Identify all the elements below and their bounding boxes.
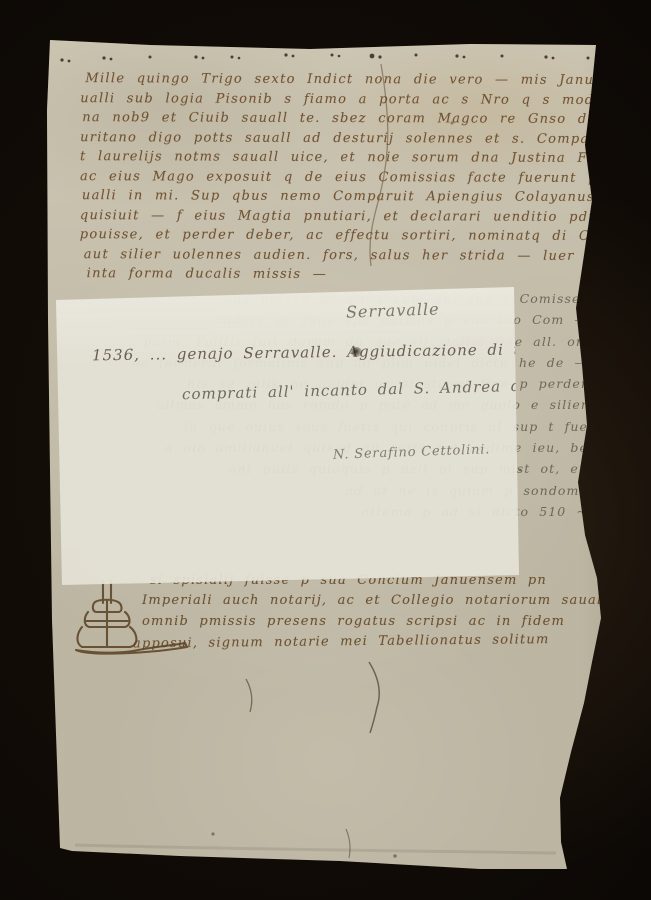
manuscript-line: omnib pmissis presens rogatus scripsi ac… (142, 612, 600, 632)
manuscript-line: ualli in mi. Sup qbus nemo Comparuit Api… (80, 186, 598, 207)
parchment-slit-center (369, 662, 379, 733)
manuscript-line: aut silier uolennes audien. fors, salus … (80, 245, 598, 266)
manuscript-line: ualli sub logia Pisonib s fiamo a porta … (80, 89, 598, 110)
manuscript-line: t laurelijs notms sauall uice, et noie s… (80, 147, 598, 168)
manuscript-closing-block: si spisialij fuisse p sua Concium Januen… (130, 571, 600, 652)
parchment-sheet: Mille quingo Trigo sexto Indict nona die… (0, 0, 651, 900)
manuscript-line: Imperiali auch notarij, ac et Collegio n… (142, 591, 600, 611)
parchment-slit-left (246, 679, 252, 712)
manuscript-line: na nob9 et Ciuib sauall te. sbez coram M… (80, 108, 598, 129)
ink-blot (351, 347, 362, 357)
manuscript-line: pouisse, et perder deber, ac effectu sor… (80, 225, 598, 246)
manuscript-line: inta forma ducalis missis — (80, 264, 598, 285)
slip-date-line: 1536, ... genajo Serravalle. Aggiudicazi… (92, 340, 573, 365)
manuscript-line: apposui, signum notarie mei Tabellionatu… (133, 629, 600, 654)
manuscript-line: uritano digo potts sauall ad desturij so… (80, 128, 598, 149)
slip-place-label: Serravalle (346, 299, 440, 321)
manuscript-line: ac eius Mago exposuit q de eius Comissia… (80, 167, 598, 188)
manuscript-upper-block: Mille quingo Trigo sexto Indict nona die… (80, 69, 599, 285)
stitch-holes (60, 53, 589, 62)
fold-line (75, 845, 556, 853)
manuscript-line: Mille quingo Trigo sexto Indict nona die… (80, 69, 598, 90)
manuscript-line: quisiuit — f eius Magtia pnutiari, et de… (80, 206, 598, 227)
parchment-slit-bottom (346, 829, 350, 858)
photo-stage: Mille quingo Trigo sexto Indict nona die… (0, 0, 651, 900)
backdrop-fiber (340, 16, 349, 18)
archivist-slip: Serravalle 1536, ... genajo Serravalle. … (52, 283, 522, 613)
slip-signature: N. Serafino Cettolini. (333, 442, 491, 462)
